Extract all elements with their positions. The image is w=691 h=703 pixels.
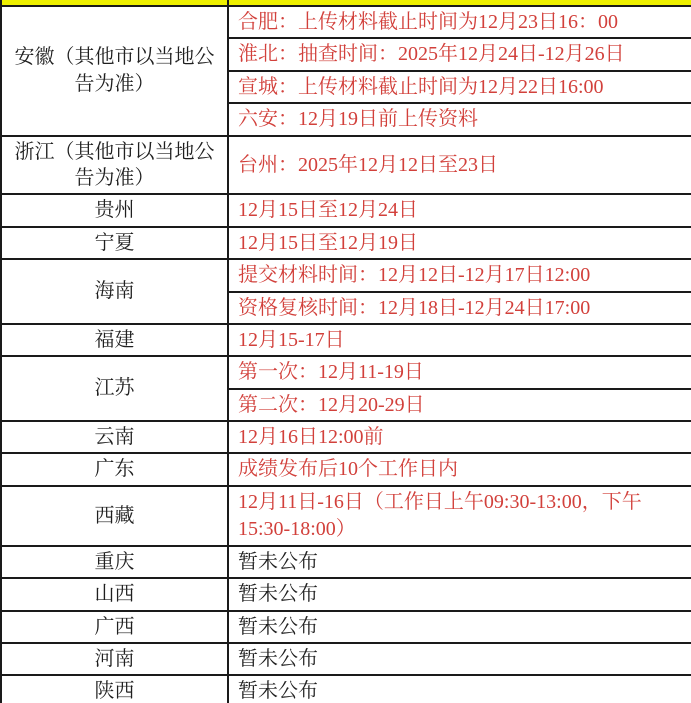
province-cell: 陕西 xyxy=(1,675,228,703)
deadline-table: 安徽（其他市以当地公告为准） 合肥：上传材料截止时间为12月23日16：00 淮… xyxy=(0,0,691,703)
province-cell: 海南 xyxy=(1,259,228,324)
province-cell: 安徽（其他市以当地公告为准） xyxy=(1,6,228,136)
detail-cell: 成绩发布后10个工作日内 xyxy=(228,453,691,485)
detail-cell: 合肥：上传材料截止时间为12月23日16：00 xyxy=(228,6,691,38)
table-row: 河南 暂未公布 xyxy=(1,643,691,675)
detail-cell: 六安：12月19日前上传资料 xyxy=(228,103,691,135)
table-row: 陕西 暂未公布 xyxy=(1,675,691,703)
province-cell: 浙江（其他市以当地公告为准） xyxy=(1,136,228,195)
detail-cell: 12月16日12:00前 xyxy=(228,421,691,453)
province-cell: 贵州 xyxy=(1,194,228,226)
detail-cell: 暂未公布 xyxy=(228,546,691,578)
detail-cell: 淮北：抽查时间：2025年12月24日-12月26日 xyxy=(228,38,691,70)
table-row: 云南 12月16日12:00前 xyxy=(1,421,691,453)
table-row: 安徽（其他市以当地公告为准） 合肥：上传材料截止时间为12月23日16：00 xyxy=(1,6,691,38)
table-row: 西藏 12月11日-16日（工作日上午09:30-13:00，下午15:30-1… xyxy=(1,486,691,546)
detail-cell: 12月15日至12月24日 xyxy=(228,194,691,226)
detail-cell: 暂未公布 xyxy=(228,675,691,703)
table-row: 重庆 暂未公布 xyxy=(1,546,691,578)
province-cell: 广东 xyxy=(1,453,228,485)
table-row: 浙江（其他市以当地公告为准） 台州：2025年12月12日至23日 xyxy=(1,136,691,195)
detail-cell: 12月11日-16日（工作日上午09:30-13:00，下午15:30-18:0… xyxy=(228,486,691,546)
province-cell: 西藏 xyxy=(1,486,228,546)
province-cell: 云南 xyxy=(1,421,228,453)
table-row: 海南 提交材料时间：12月12日-12月17日12:00 xyxy=(1,259,691,291)
table-row: 福建 12月15-17日 xyxy=(1,324,691,356)
province-cell: 山西 xyxy=(1,578,228,610)
detail-cell: 暂未公布 xyxy=(228,643,691,675)
detail-cell: 资格复核时间：12月18日-12月24日17:00 xyxy=(228,292,691,324)
province-cell: 广西 xyxy=(1,611,228,643)
province-cell: 河南 xyxy=(1,643,228,675)
table-row: 江苏 第一次：12月11-19日 xyxy=(1,356,691,388)
detail-cell: 第一次：12月11-19日 xyxy=(228,356,691,388)
table-row: 广西 暂未公布 xyxy=(1,611,691,643)
province-cell: 福建 xyxy=(1,324,228,356)
table-row: 宁夏 12月15日至12月19日 xyxy=(1,227,691,259)
table-row: 广东 成绩发布后10个工作日内 xyxy=(1,453,691,485)
detail-cell: 暂未公布 xyxy=(228,578,691,610)
detail-cell: 宣城：上传材料截止时间为12月22日16:00 xyxy=(228,71,691,103)
detail-cell: 第二次：12月20-29日 xyxy=(228,389,691,421)
table-row: 山西 暂未公布 xyxy=(1,578,691,610)
detail-cell: 台州：2025年12月12日至23日 xyxy=(228,136,691,195)
province-cell: 江苏 xyxy=(1,356,228,421)
detail-cell: 12月15日至12月19日 xyxy=(228,227,691,259)
detail-cell: 提交材料时间：12月12日-12月17日12:00 xyxy=(228,259,691,291)
province-cell: 重庆 xyxy=(1,546,228,578)
detail-cell: 12月15-17日 xyxy=(228,324,691,356)
table-row: 贵州 12月15日至12月24日 xyxy=(1,194,691,226)
province-cell: 宁夏 xyxy=(1,227,228,259)
detail-cell: 暂未公布 xyxy=(228,611,691,643)
